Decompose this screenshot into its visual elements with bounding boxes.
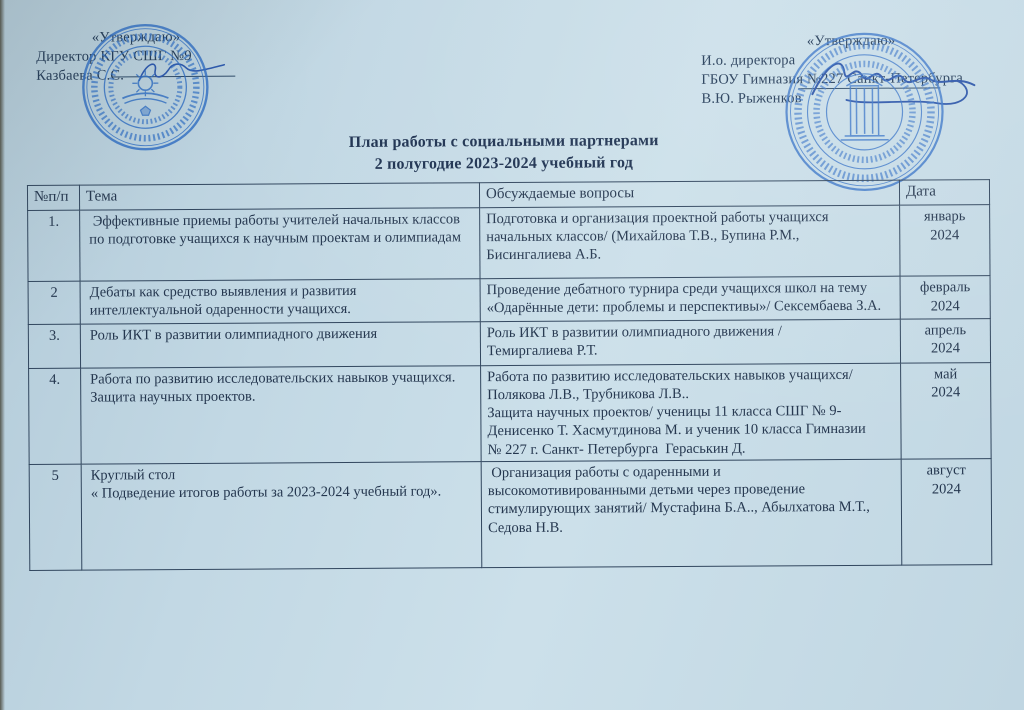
row3-topic: Роль ИКТ в развитии олимпиадного движени… <box>80 321 480 367</box>
row2-date-month: февраль <box>920 279 970 295</box>
table-row: 4. Работа по развитию исследовательских … <box>29 362 992 464</box>
row1-number: 1. <box>28 210 80 281</box>
row2-questions: Проведение дебатного турнира среди учащи… <box>480 276 900 321</box>
row1-questions: Подготовка и организация проектной работ… <box>480 205 900 279</box>
row1-date: январь2024 <box>900 204 990 276</box>
document-title: План работы с социальными партнерами 2 п… <box>0 128 1009 177</box>
row5-number: 5 <box>29 464 82 570</box>
row2-topic: Дебаты как средство выявления и развития… <box>80 279 480 324</box>
table-row: 3. Роль ИКТ в развитии олимпиадного движ… <box>28 318 990 368</box>
row2-date-year: 2024 <box>931 298 960 314</box>
row4-questions: Работа по развитию исследовательских нав… <box>481 363 902 462</box>
row4-topic: Работа по развитию исследовательских нав… <box>81 365 482 464</box>
row4-date-month: май <box>934 366 957 382</box>
row3-date: апрель2024 <box>900 318 990 363</box>
row3-number: 3. <box>28 324 80 368</box>
scanned-document-photo: { "colors": { "page": "#c5dae4", "ink": … <box>0 0 1024 710</box>
row1-date-month: январь <box>924 208 965 224</box>
column-header-topic: Тема <box>79 183 479 210</box>
row5-questions: Организация работы с одаренными и высоко… <box>481 459 902 568</box>
work-plan-table: №п/п Тема Обсуждаемые вопросы Дата 1. Эф… <box>27 179 992 571</box>
table-row: 5 Круглый стол « Подведение итогов работ… <box>29 458 992 570</box>
row5-date-month: август <box>927 462 966 478</box>
row5-date-year: 2024 <box>932 481 961 497</box>
row1-topic: Эффективные приемы работы учителей начал… <box>80 208 480 281</box>
column-header-number: №п/п <box>27 185 79 210</box>
row3-questions: Роль ИКТ в развитии олимпиадного движени… <box>480 319 900 366</box>
row4-date-year: 2024 <box>931 385 960 401</box>
row5-date: август2024 <box>901 458 992 565</box>
row1-date-year: 2024 <box>930 227 959 243</box>
row2-number: 2 <box>28 281 80 324</box>
table-row: 2 Дебаты как средство выявления и развит… <box>28 275 990 324</box>
row4-number: 4. <box>29 368 82 465</box>
row3-date-month: апрель <box>925 322 967 338</box>
row4-date: май2024 <box>901 362 992 459</box>
table-row: 1. Эффективные приемы работы учителей на… <box>28 204 990 281</box>
column-header-questions: Обсуждаемые вопросы <box>479 180 899 207</box>
row2-date: февраль2024 <box>900 275 990 318</box>
row3-date-year: 2024 <box>931 341 960 357</box>
column-header-date: Дата <box>899 180 989 205</box>
document-page: «Утверждаю» Директор КГУ СШГ №9 Казбаева… <box>0 0 1024 710</box>
row5-topic: Круглый стол « Подведение итогов работы … <box>81 462 482 570</box>
